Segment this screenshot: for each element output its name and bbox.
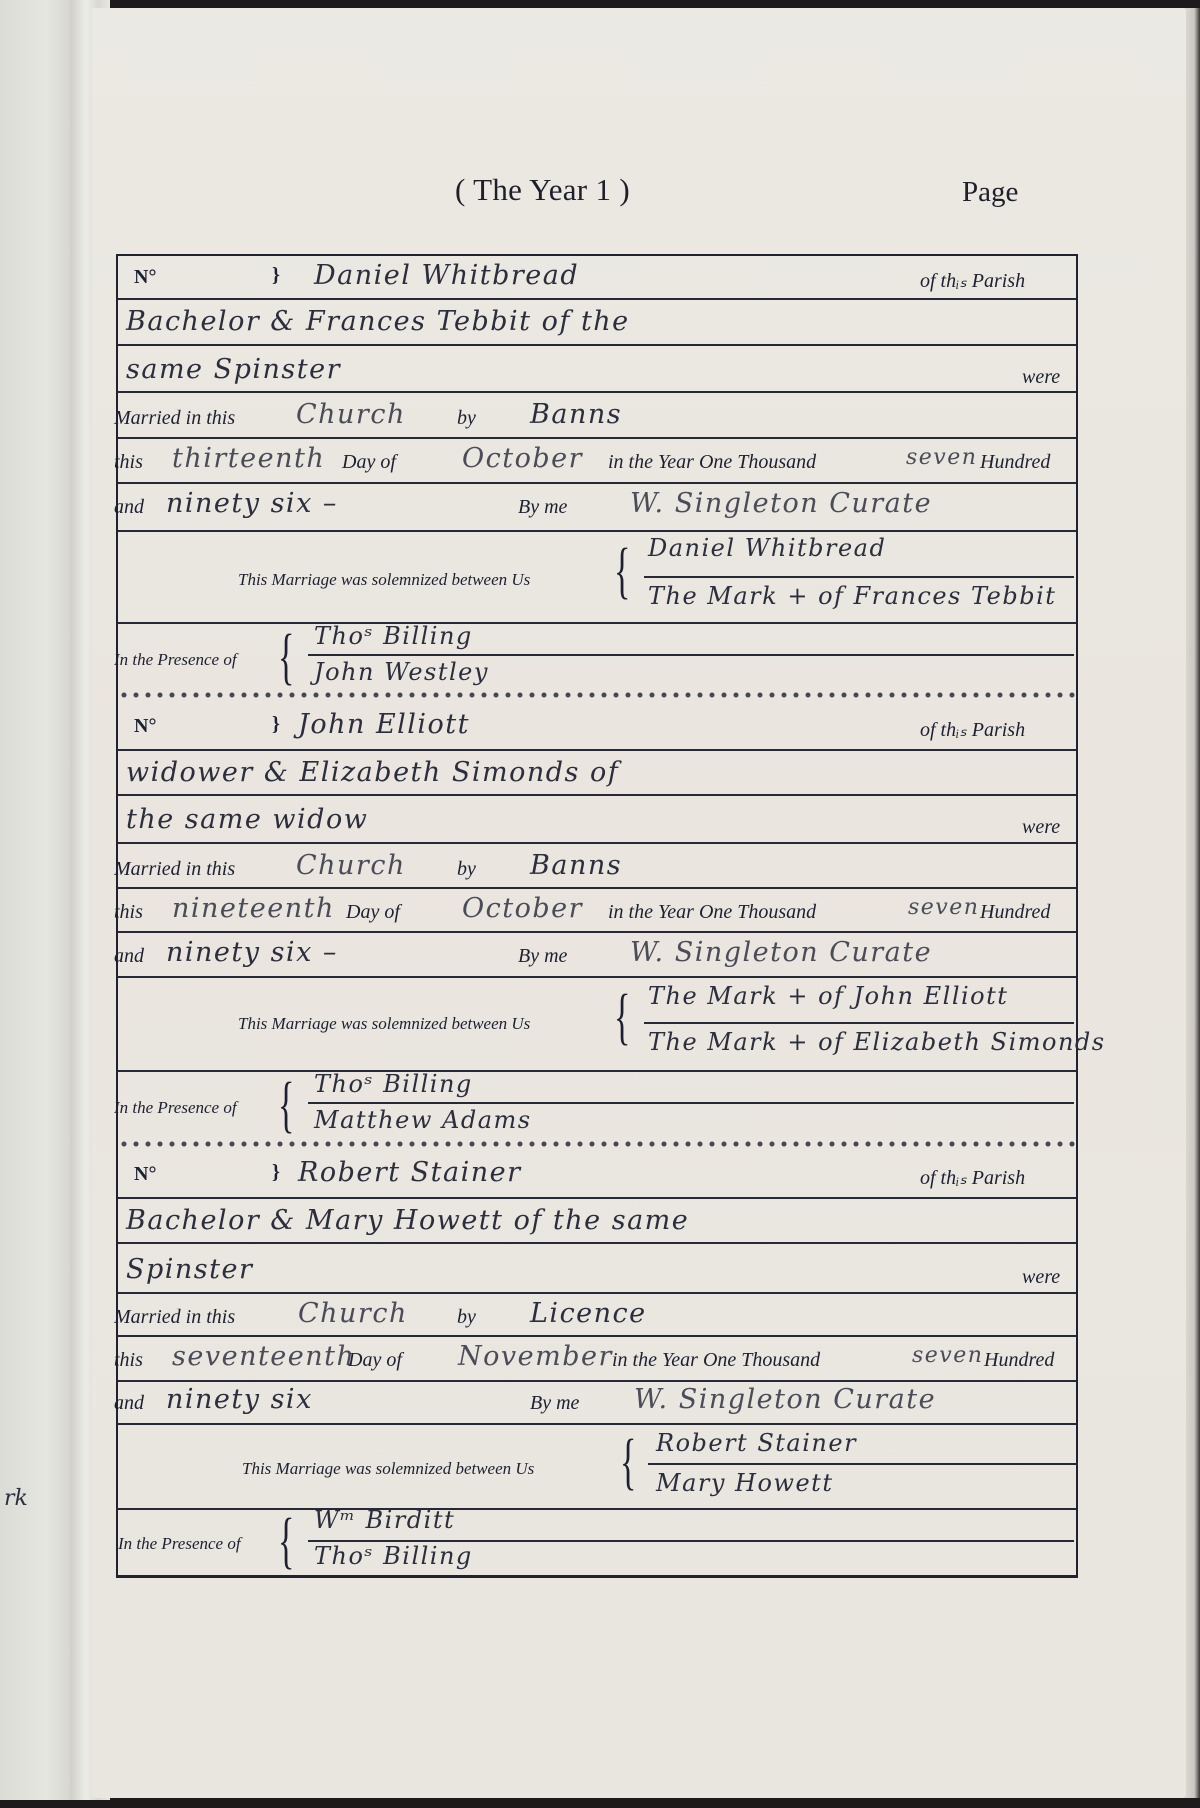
witness-row: In the Presence of { Thoˢ Billing Matthe… (118, 1072, 1076, 1142)
married-in-label: Married in this (114, 407, 235, 430)
brace-glyph: } (272, 264, 280, 287)
groom-name: Robert Stainer (298, 1157, 522, 1188)
groom-name: Daniel Whitbread (314, 260, 579, 291)
married-in-label: Married in this (114, 1306, 235, 1329)
married-in-label: Married in this (114, 858, 235, 881)
brace-glyph: { (278, 1074, 294, 1136)
signature-2: The Mark + of Elizabeth Simonds (648, 1028, 1106, 1056)
hundred-label: Hundred (980, 451, 1050, 474)
status-bride-row: Bachelor & Frances Tebbit of the (118, 300, 1076, 346)
officiant-text: W. Singleton Curate (630, 488, 932, 519)
by-label: by (457, 858, 476, 881)
marriage-entry-2: N° } John Elliott of thᵢₛ Parish widower… (118, 701, 1076, 1142)
brace-glyph: } (272, 1161, 280, 1184)
solemnized-label: This Marriage was solemnized between Us (238, 1014, 530, 1034)
by-label: by (457, 407, 476, 430)
solemnized-row: This Marriage was solemnized between Us … (118, 532, 1076, 624)
page-edge (1186, 8, 1200, 1798)
year-heading: ( The Year 1 ) (455, 172, 630, 208)
bride-status-text: the same widow (126, 804, 368, 835)
bride-status-text: Spinster (126, 1254, 253, 1285)
page-number-label: Page (962, 176, 1018, 209)
witness-line (308, 654, 1074, 656)
of-this-parish-label: of thᵢₛ Parish (920, 268, 1025, 293)
by-me-label: By me (518, 945, 567, 968)
witness-1: Thoˢ Billing (314, 622, 473, 650)
of-this-parish-label: of thᵢₛ Parish (920, 717, 1025, 742)
status-bride-text: Bachelor & Frances Tebbit of the (126, 306, 630, 337)
were-label: were (1022, 366, 1060, 389)
day-text: seventeenth (172, 1341, 355, 1372)
officiant-text: W. Singleton Curate (630, 937, 932, 968)
day-of-label: Day of (342, 451, 396, 474)
marriage-entry-1: N° } Daniel Whitbread of thᵢₛ Parish Bac… (118, 254, 1076, 695)
solemnized-row: This Marriage was solemnized between Us … (118, 978, 1076, 1072)
month-text: October (462, 443, 583, 474)
facing-left-page: rk (0, 0, 78, 1800)
day-text: nineteenth (172, 893, 335, 924)
year-rest-text: ninety six – (166, 937, 338, 968)
officiant-row: and ninety six By me W. Singleton Curate (118, 1382, 1076, 1425)
by-me-label: By me (530, 1392, 579, 1415)
this-label: this (114, 451, 143, 474)
date-row: this nineteenth Day of October in the Ye… (118, 889, 1076, 933)
signature-2: The Mark + of Frances Tebbit (648, 582, 1056, 610)
witness-2: Matthew Adams (314, 1106, 532, 1134)
of-this-parish-label: of thᵢₛ Parish (920, 1165, 1025, 1190)
witness-1: Wᵐ Birditt (314, 1506, 455, 1534)
officiant-row: and ninety six – By me W. Singleton Cura… (118, 933, 1076, 978)
witness-row: In the Presence of { Thoˢ Billing John W… (118, 624, 1076, 695)
status-bride-text: Bachelor & Mary Howett of the same (126, 1205, 689, 1236)
bride-status-row: Spinster were (118, 1244, 1076, 1294)
day-of-label: Day of (348, 1349, 402, 1372)
month-text: November (458, 1341, 613, 1372)
banns-or-licence: Banns (530, 850, 622, 881)
day-of-label: Day of (346, 901, 400, 924)
day-text: thirteenth (172, 443, 325, 474)
signature-1: Daniel Whitbread (648, 534, 886, 562)
groom-row: N° } John Elliott of thᵢₛ Parish (118, 701, 1076, 751)
signature-1: The Mark + of John Elliott (648, 982, 1008, 1010)
status-bride-row: Bachelor & Mary Howett of the same (118, 1199, 1076, 1244)
witness-1: Thoˢ Billing (314, 1070, 473, 1098)
brace-glyph: { (614, 986, 630, 1048)
presence-label: In the Presence of (118, 1534, 241, 1554)
year-label: in the Year One Thousand (608, 451, 816, 474)
banns-or-licence: Licence (530, 1298, 647, 1329)
married-in-row: Married in this Church by Banns (118, 844, 1076, 889)
this-label: this (114, 1349, 143, 1372)
and-label: and (114, 496, 144, 519)
signature-1: Robert Stainer (656, 1429, 857, 1457)
witness-row: In the Presence of { Wᵐ Birditt Thoˢ Bil… (118, 1510, 1076, 1578)
year-label: in the Year One Thousand (612, 1349, 820, 1372)
year-rest-text: ninety six (166, 1384, 313, 1415)
witness-2: John Westley (314, 658, 489, 686)
signature-2: Mary Howett (656, 1469, 833, 1497)
presence-label: In the Presence of (114, 650, 237, 670)
year-rest-text: ninety six – (166, 488, 338, 519)
number-label: N° (134, 266, 156, 289)
place-text: Church (296, 850, 406, 881)
signature-line (644, 1022, 1074, 1024)
number-label: N° (134, 1163, 156, 1186)
officiant-text: W. Singleton Curate (634, 1384, 936, 1415)
married-in-row: Married in this Church by Licence (118, 1294, 1076, 1337)
officiant-row: and ninety six – By me W. Singleton Cura… (118, 484, 1076, 532)
bride-status-row: same Spinster were (118, 346, 1076, 393)
solemnized-label: This Marriage was solemnized between Us (242, 1459, 534, 1479)
place-text: Church (298, 1298, 408, 1329)
century-word: seven (908, 895, 979, 920)
signature-line (648, 1463, 1078, 1465)
status-bride-text: widower & Elizabeth Simonds of (126, 757, 619, 788)
brace-glyph: { (620, 1431, 636, 1493)
bride-status-text: same Spinster (126, 354, 341, 385)
bride-status-row: the same widow were (118, 796, 1076, 844)
were-label: were (1022, 816, 1060, 839)
married-in-row: Married in this Church by Banns (118, 393, 1076, 439)
signature-line (644, 576, 1074, 578)
brace-glyph: } (272, 713, 280, 736)
were-label: were (1022, 1266, 1060, 1289)
presence-label: In the Presence of (114, 1098, 237, 1118)
brace-glyph: { (278, 626, 294, 688)
and-label: and (114, 945, 144, 968)
witness-line (308, 1102, 1074, 1104)
place-text: Church (296, 399, 406, 430)
this-label: this (114, 901, 143, 924)
month-text: October (462, 893, 583, 924)
by-label: by (457, 1306, 476, 1329)
solemnized-row: This Marriage was solemnized between Us … (118, 1425, 1076, 1510)
date-row: this thirteenth Day of October in the Ye… (118, 439, 1076, 484)
groom-row: N° } Daniel Whitbread of thᵢₛ Parish (118, 254, 1076, 300)
century-word: seven (912, 1343, 983, 1368)
groom-row: N° } Robert Stainer of thᵢₛ Parish (118, 1149, 1076, 1199)
banns-or-licence: Banns (530, 399, 622, 430)
marriage-entry-3: N° } Robert Stainer of thᵢₛ Parish Bache… (118, 1149, 1076, 1578)
hundred-label: Hundred (980, 901, 1050, 924)
solemnized-label: This Marriage was solemnized between Us (238, 570, 530, 590)
date-row: this seventeenth Day of November in the … (118, 1337, 1076, 1382)
marriage-register-form: N° } Daniel Whitbread of thᵢₛ Parish Bac… (116, 254, 1078, 1578)
witness-2: Thoˢ Billing (314, 1542, 473, 1570)
number-label: N° (134, 715, 156, 738)
brace-glyph: { (614, 540, 630, 602)
groom-name: John Elliott (298, 709, 470, 740)
century-word: seven (906, 445, 977, 470)
ornamental-divider (118, 689, 1076, 701)
year-label: in the Year One Thousand (608, 901, 816, 924)
by-me-label: By me (518, 496, 567, 519)
hundred-label: Hundred (984, 1349, 1054, 1372)
and-label: and (114, 1392, 144, 1415)
brace-glyph: { (278, 1510, 294, 1572)
status-bride-row: widower & Elizabeth Simonds of (118, 751, 1076, 796)
left-page-margin-text: rk (4, 1486, 28, 1511)
